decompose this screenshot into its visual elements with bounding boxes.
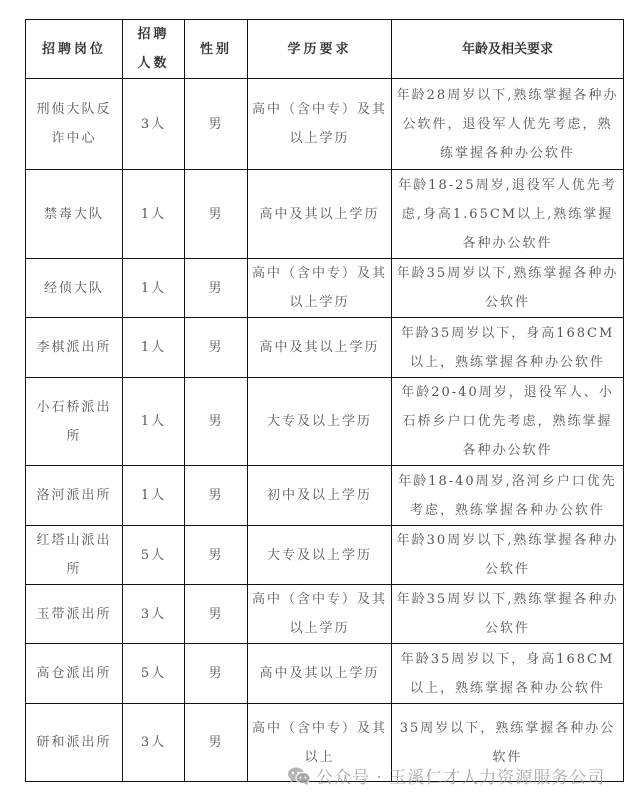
cell-count: 3人 xyxy=(123,79,185,170)
cell-requirements: 年龄35周岁以下，身高168CM以上，熟练掌握各种办公软件 xyxy=(392,318,624,378)
cell-requirements: 年龄18-25周岁,退役军人优先考虑,身高1.65CM以上,熟练掌握各种办公软件 xyxy=(392,170,624,259)
table-row: 小石桥派出所1人男大专及以上学历年龄20-40周岁，退役军人、小石桥乡户口优先考… xyxy=(26,378,624,466)
table-row: 红塔山派出所5人男大专及以上学历年龄30周岁以下,熟练掌握各种办公软件 xyxy=(26,526,624,585)
cell-position: 洛河派出所 xyxy=(26,466,123,526)
cell-position: 小石桥派出所 xyxy=(26,378,123,466)
cell-requirements: 年龄35周岁以下,熟练掌握各种办公软件 xyxy=(392,585,624,644)
cell-gender: 男 xyxy=(185,170,248,259)
cell-education: 大专及以上学历 xyxy=(248,378,392,466)
cell-position: 高仓派出所 xyxy=(26,644,123,704)
cell-requirements: 年龄28周岁以下,熟练掌握各种办公软件，退役军人优先考虑，熟练掌握各种办公软件 xyxy=(392,79,624,170)
watermark: 公众号 · 玉溪仁才人力资源服务公司 xyxy=(287,763,605,788)
cell-education: 高中及其以上学历 xyxy=(248,318,392,378)
cell-gender: 男 xyxy=(185,378,248,466)
table-row: 洛河派出所1人男初中及以上学历年龄18-40周岁,洛河乡户口优先考虑，熟练掌握各… xyxy=(26,466,624,526)
cell-requirements: 年龄35周岁以下，身高168CM以上，熟练掌握各种办公软件 xyxy=(392,644,624,704)
header-gender: 性别 xyxy=(185,20,248,79)
table-row: 禁毒大队1人男高中及其以上学历年龄18-25周岁,退役军人优先考虑,身高1.65… xyxy=(26,170,624,259)
cell-gender: 男 xyxy=(185,466,248,526)
cell-education: 大专及以上学历 xyxy=(248,526,392,585)
cell-position: 研和派出所 xyxy=(26,704,123,782)
cell-requirements: 年龄20-40周岁，退役军人、小石桥乡户口优先考虑，熟练掌握各种办公软件 xyxy=(392,378,624,466)
cell-gender: 男 xyxy=(185,259,248,318)
cell-requirements: 年龄35周岁以下,熟练掌握各种办公软件 xyxy=(392,259,624,318)
cell-gender: 男 xyxy=(185,79,248,170)
table-row: 高仓派出所5人男高中及其以上学历年龄35周岁以下，身高168CM以上，熟练掌握各… xyxy=(26,644,624,704)
cell-count: 1人 xyxy=(123,318,185,378)
table-row: 玉带派出所3人男高中（含中专）及其以上学历年龄35周岁以下,熟练掌握各种办公软件 xyxy=(26,585,624,644)
table-header-row: 招聘岗位 招聘人数 性别 学历要求 年龄及相关要求 xyxy=(26,20,624,79)
cell-position: 红塔山派出所 xyxy=(26,526,123,585)
watermark-text: 公众号 · 玉溪仁才人力资源服务公司 xyxy=(316,763,605,788)
cell-education: 高中及其以上学历 xyxy=(248,644,392,704)
cell-position: 李棋派出所 xyxy=(26,318,123,378)
header-position: 招聘岗位 xyxy=(26,20,123,79)
cell-count: 5人 xyxy=(123,526,185,585)
header-count: 招聘人数 xyxy=(123,20,185,79)
cell-requirements: 年龄30周岁以下,熟练掌握各种办公软件 xyxy=(392,526,624,585)
table-body: 刑侦大队反诈中心3人男高中（含中专）及其以上学历年龄28周岁以下,熟练掌握各种办… xyxy=(26,79,624,782)
table-row: 经侦大队1人男高中（含中专）及其以上学历年龄35周岁以下,熟练掌握各种办公软件 xyxy=(26,259,624,318)
cell-education: 初中及以上学历 xyxy=(248,466,392,526)
cell-position: 玉带派出所 xyxy=(26,585,123,644)
wechat-icon xyxy=(287,766,311,786)
cell-requirements: 年龄18-40周岁,洛河乡户口优先考虑，熟练掌握各种办公软件 xyxy=(392,466,624,526)
cell-count: 1人 xyxy=(123,466,185,526)
header-education: 学历要求 xyxy=(248,20,392,79)
cell-education: 高中（含中专）及其以上学历 xyxy=(248,79,392,170)
cell-count: 1人 xyxy=(123,170,185,259)
cell-position: 禁毒大队 xyxy=(26,170,123,259)
cell-count: 1人 xyxy=(123,378,185,466)
cell-education: 高中及其以上学历 xyxy=(248,170,392,259)
cell-education: 高中（含中专）及其以上学历 xyxy=(248,259,392,318)
cell-position: 刑侦大队反诈中心 xyxy=(26,79,123,170)
cell-count: 3人 xyxy=(123,704,185,782)
recruitment-table: 招聘岗位 招聘人数 性别 学历要求 年龄及相关要求 刑侦大队反诈中心3人男高中（… xyxy=(25,19,624,782)
cell-count: 1人 xyxy=(123,259,185,318)
cell-position: 经侦大队 xyxy=(26,259,123,318)
table-row: 李棋派出所1人男高中及其以上学历年龄35周岁以下，身高168CM以上，熟练掌握各… xyxy=(26,318,624,378)
cell-count: 5人 xyxy=(123,644,185,704)
cell-education: 高中（含中专）及其以上学历 xyxy=(248,585,392,644)
cell-gender: 男 xyxy=(185,644,248,704)
cell-gender: 男 xyxy=(185,526,248,585)
cell-gender: 男 xyxy=(185,318,248,378)
table-row: 刑侦大队反诈中心3人男高中（含中专）及其以上学历年龄28周岁以下,熟练掌握各种办… xyxy=(26,79,624,170)
cell-gender: 男 xyxy=(185,585,248,644)
cell-gender: 男 xyxy=(185,704,248,782)
header-requirements: 年龄及相关要求 xyxy=(392,20,624,79)
cell-count: 3人 xyxy=(123,585,185,644)
